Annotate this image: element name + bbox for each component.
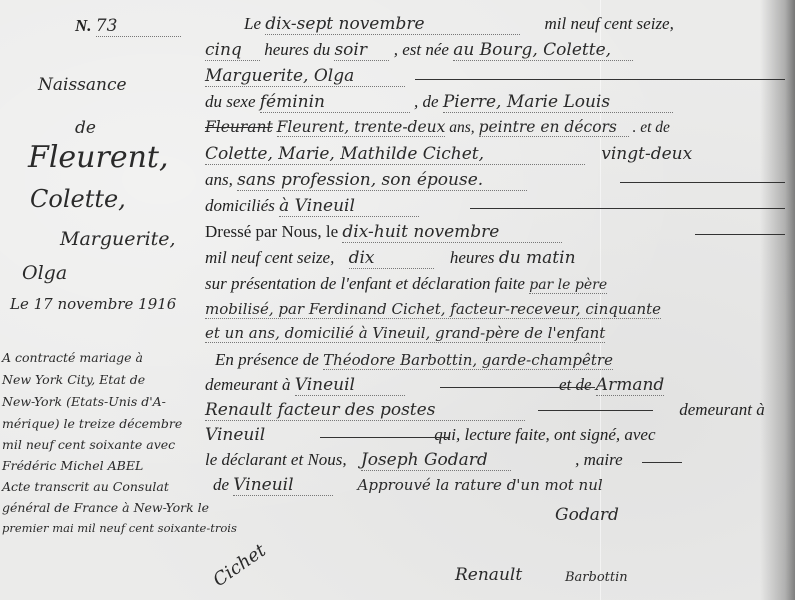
handwritten-text: Joseph Godard xyxy=(361,450,511,471)
printed-text: sur présentation de l'enfant et déclarat… xyxy=(205,274,525,293)
fill-rule xyxy=(695,234,785,235)
signature-cichet: Cichet xyxy=(209,540,269,591)
body-line-6: Colette, Marie, Mathilde Cichet, vingt-d… xyxy=(205,144,785,166)
body-line-7: ans, sans profession, son épouse. xyxy=(205,170,785,192)
body-line-3: Marguerite, Olga xyxy=(205,66,785,88)
printed-text: qui, lecture faite, ont signé, avec xyxy=(434,425,655,444)
handwritten-text: peintre en décors xyxy=(479,118,629,137)
annotation-line: New York City, Etat de xyxy=(2,372,145,387)
handwritten-text: Approuvé la rature d'un mot nul xyxy=(358,476,603,494)
handwritten-text: dix-sept novembre xyxy=(265,14,520,35)
printed-text: domiciliés xyxy=(205,196,275,215)
handwritten-text: dix-huit novembre xyxy=(342,222,562,243)
signature-godard: Godard xyxy=(555,505,619,525)
annotation-line: New-York (Etats-Unis d'A- xyxy=(2,394,166,409)
handwritten-text: vingt-deux xyxy=(601,144,692,164)
handwritten-text: cinq xyxy=(205,40,260,61)
printed-text: demeurant à xyxy=(205,375,290,394)
printed-text: et de xyxy=(559,375,592,394)
printed-text: heures du xyxy=(264,40,330,59)
printed-text: . et de xyxy=(632,119,669,136)
printed-text: heures xyxy=(450,248,495,267)
handwritten-text: Colette, Marie, Mathilde Cichet, xyxy=(205,144,585,165)
printed-text: ans, xyxy=(205,170,233,189)
handwritten-text: et un ans, domicilié à Vineuil, grand-pè… xyxy=(205,324,605,343)
fill-rule xyxy=(415,79,785,80)
handwritten-text: dix xyxy=(349,248,434,269)
printed-text: mil neuf cent seize, xyxy=(205,248,334,267)
annotation-line: premier mai mil neuf cent soixante-trois xyxy=(2,521,237,535)
handwritten-text: du matin xyxy=(499,248,576,268)
handwritten-text: soir xyxy=(334,40,389,61)
printed-text: , de xyxy=(414,92,439,111)
printed-text: En présence de xyxy=(215,350,319,369)
margin-title: Naissance xyxy=(38,75,127,95)
annotation-line: mérique) le treize décembre xyxy=(2,416,182,431)
handwritten-text: Théodore Barbottin, garde-champêtre xyxy=(323,351,613,370)
handwritten-text: Armand xyxy=(596,375,665,396)
body-line-9: Dressé par Nous, le dix-huit novembre xyxy=(205,222,785,244)
handwritten-text: par le père xyxy=(529,277,607,294)
printed-text: du sexe xyxy=(205,92,256,111)
handwritten-text: Vineuil xyxy=(295,375,405,396)
signature-renault: Renault xyxy=(455,565,522,585)
body-line-1: Le dix-sept novembre mil neuf cent seize… xyxy=(244,14,785,36)
printed-text: , est née xyxy=(394,40,449,59)
margin-date: Le 17 novembre 1916 xyxy=(10,295,176,313)
handwritten-text: mobilisé, par Ferdinand Cichet, facteur-… xyxy=(205,300,661,319)
body-line-11: sur présentation de l'enfant et déclarat… xyxy=(205,274,785,296)
annotation-line: général de France à New-York le xyxy=(2,500,209,515)
body-line-5: Fleurant Fleurent, trente-deux ans, pein… xyxy=(205,118,785,140)
body-line-2: cinq heures du soir , est née au Bourg, … xyxy=(205,40,785,62)
fill-rule xyxy=(538,410,653,411)
struck-text: Fleurant xyxy=(205,118,273,136)
annotation-line: A contracté mariage à xyxy=(2,350,143,365)
body-line-10: mil neuf cent seize, dix heures du matin xyxy=(205,248,785,270)
handwritten-text: sans profession, son épouse. xyxy=(237,170,527,191)
handwritten-text: Renault facteur des postes xyxy=(205,400,525,421)
printed-text: ans, xyxy=(449,119,474,136)
body-line-8: domiciliés à Vineuil xyxy=(205,196,785,218)
body-line-14: En présence de Théodore Barbottin, garde… xyxy=(215,350,785,372)
printed-text: le déclarant et Nous, xyxy=(205,450,347,469)
margin-de: de xyxy=(75,118,96,138)
handwritten-text: Vineuil xyxy=(233,475,333,496)
printed-text: Le xyxy=(244,14,261,33)
body-line-19: de Vineuil Approuvé la rature d'un mot n… xyxy=(213,475,785,497)
fill-rule xyxy=(320,437,450,438)
handwritten-text: au Bourg, Colette, xyxy=(453,40,633,61)
body-line-16: Renault facteur des postes demeurant à xyxy=(205,400,785,422)
handwritten-text: féminin xyxy=(260,92,410,113)
fill-rule xyxy=(620,182,785,183)
body-line-4: du sexe féminin , de Pierre, Marie Louis xyxy=(205,92,785,114)
record-number-value: 73 xyxy=(96,16,181,37)
handwritten-text: Vineuil xyxy=(205,425,430,445)
printed-text: , maire xyxy=(575,450,623,469)
fill-rule xyxy=(642,462,682,463)
handwritten-text: Pierre, Marie Louis xyxy=(443,92,673,113)
annotation-line: Frédéric Michel ABEL xyxy=(2,458,143,473)
body-line-17: Vineuil qui, lecture faite, ont signé, a… xyxy=(205,425,785,447)
margin-given-3: Olga xyxy=(22,262,67,284)
handwritten-text: Fleurent, trente-deux xyxy=(277,118,446,137)
body-line-18: le déclarant et Nous, Joseph Godard , ma… xyxy=(205,450,785,472)
margin-given-1: Colette, xyxy=(30,185,126,213)
fill-rule xyxy=(470,208,785,209)
record-number-label: N. xyxy=(75,16,92,35)
margin-surname: Fleurent, xyxy=(28,140,169,175)
printed-text: mil neuf cent seize, xyxy=(545,14,674,33)
signature-barbottin: Barbottin xyxy=(565,570,628,585)
printed-text: de xyxy=(213,475,229,494)
handwritten-text: à Vineuil xyxy=(279,196,419,217)
fill-rule xyxy=(440,387,595,388)
body-line-13: et un ans, domicilié à Vineuil, grand-pè… xyxy=(205,324,785,346)
annotation-line: mil neuf cent soixante avec xyxy=(2,437,175,452)
body-line-12: mobilisé, par Ferdinand Cichet, facteur-… xyxy=(205,300,785,322)
body-line-15: demeurant à Vineuil et de Armand xyxy=(205,375,785,397)
printed-text: demeurant à xyxy=(679,400,764,419)
handwritten-text: Marguerite, Olga xyxy=(205,66,405,87)
margin-given-2: Marguerite, xyxy=(60,228,176,250)
record-number: N. 73 xyxy=(75,16,181,37)
annotation-line: Acte transcrit au Consulat xyxy=(2,479,169,494)
printed-text: Dressé par Nous, le xyxy=(205,222,338,241)
